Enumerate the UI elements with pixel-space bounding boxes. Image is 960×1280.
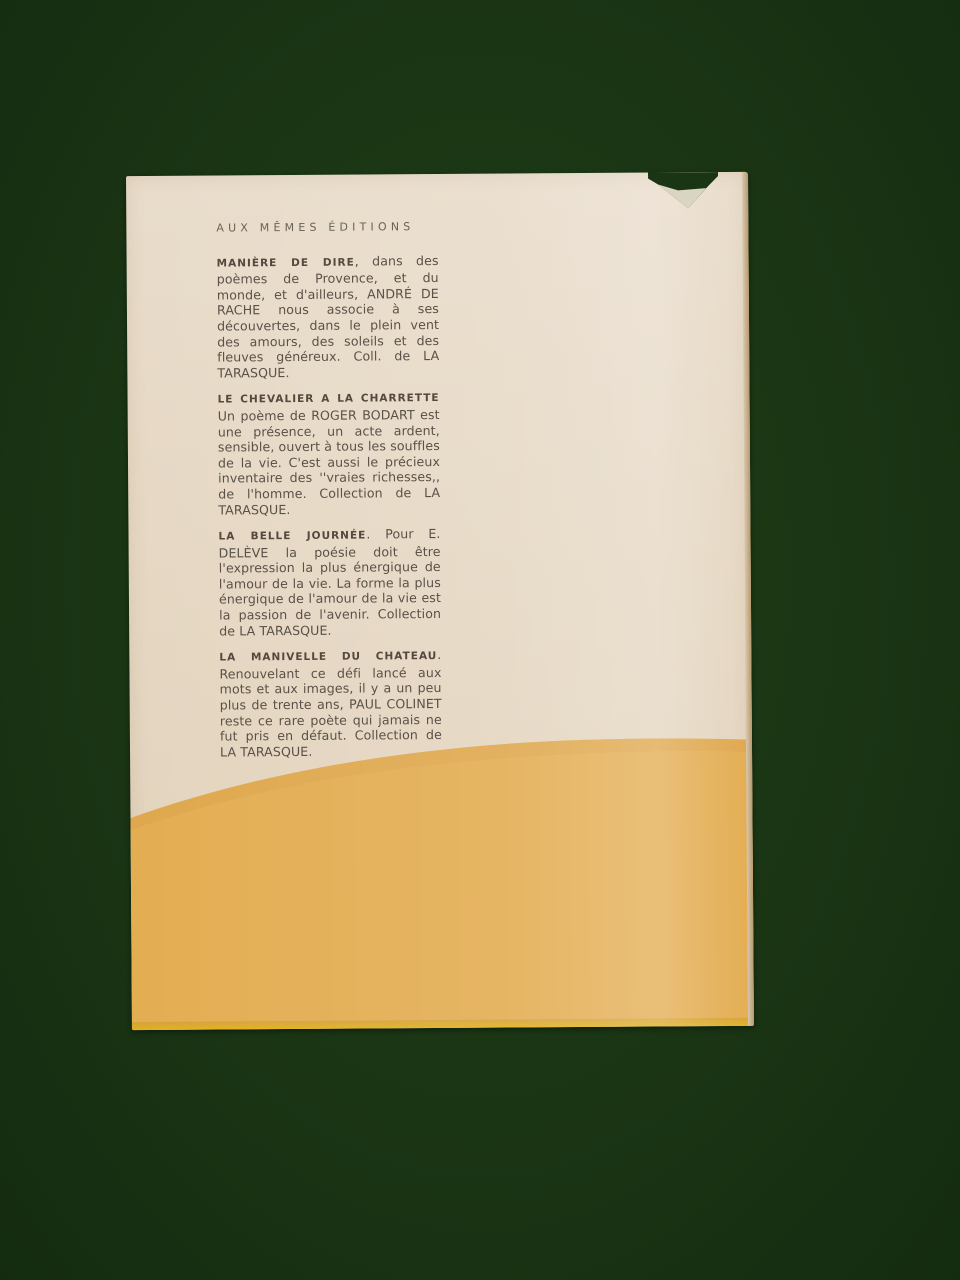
entry-title: LA MANIVELLE DU CHATEAU: [219, 650, 437, 664]
entry-body: . Pour E. DELÈVE la poésie doit être l'e…: [219, 526, 442, 638]
entry-manivelle: LA MANIVELLE DU CHATEAU. Renouvelant ce …: [219, 647, 442, 760]
entry-body: Un poème de ROGER BODART est une présenc…: [218, 407, 441, 517]
book-back-cover: AUX MÊMES ÉDITIONS MANIÈRE DE DIRE, dans…: [126, 172, 754, 1030]
entry-maniere-de-dire: MANIÈRE DE DIRE, dans des poèmes de Prov…: [217, 253, 440, 381]
entry-body: . Renouvelant ce défi lancé aux mots et …: [219, 647, 442, 759]
entry-chevalier: LE CHEVALIER A LA CHARRETTE Un poème de …: [218, 389, 441, 517]
entry-title: MANIÈRE DE DIRE: [217, 256, 355, 269]
entry-title: LA BELLE JOURNÉE: [218, 530, 366, 543]
torn-corner: [648, 172, 718, 208]
entry-body: , dans des poèmes de Provence, et du mon…: [217, 253, 440, 381]
catalogue-text: AUX MÊMES ÉDITIONS MANIÈRE DE DIRE, dans…: [216, 219, 442, 770]
entry-title: LE CHEVALIER A LA CHARRETTE: [218, 392, 440, 406]
entry-belle-journee: LA BELLE JOURNÉE. Pour E. DELÈVE la poés…: [218, 526, 441, 639]
header-title: AUX MÊMES ÉDITIONS: [216, 219, 438, 236]
